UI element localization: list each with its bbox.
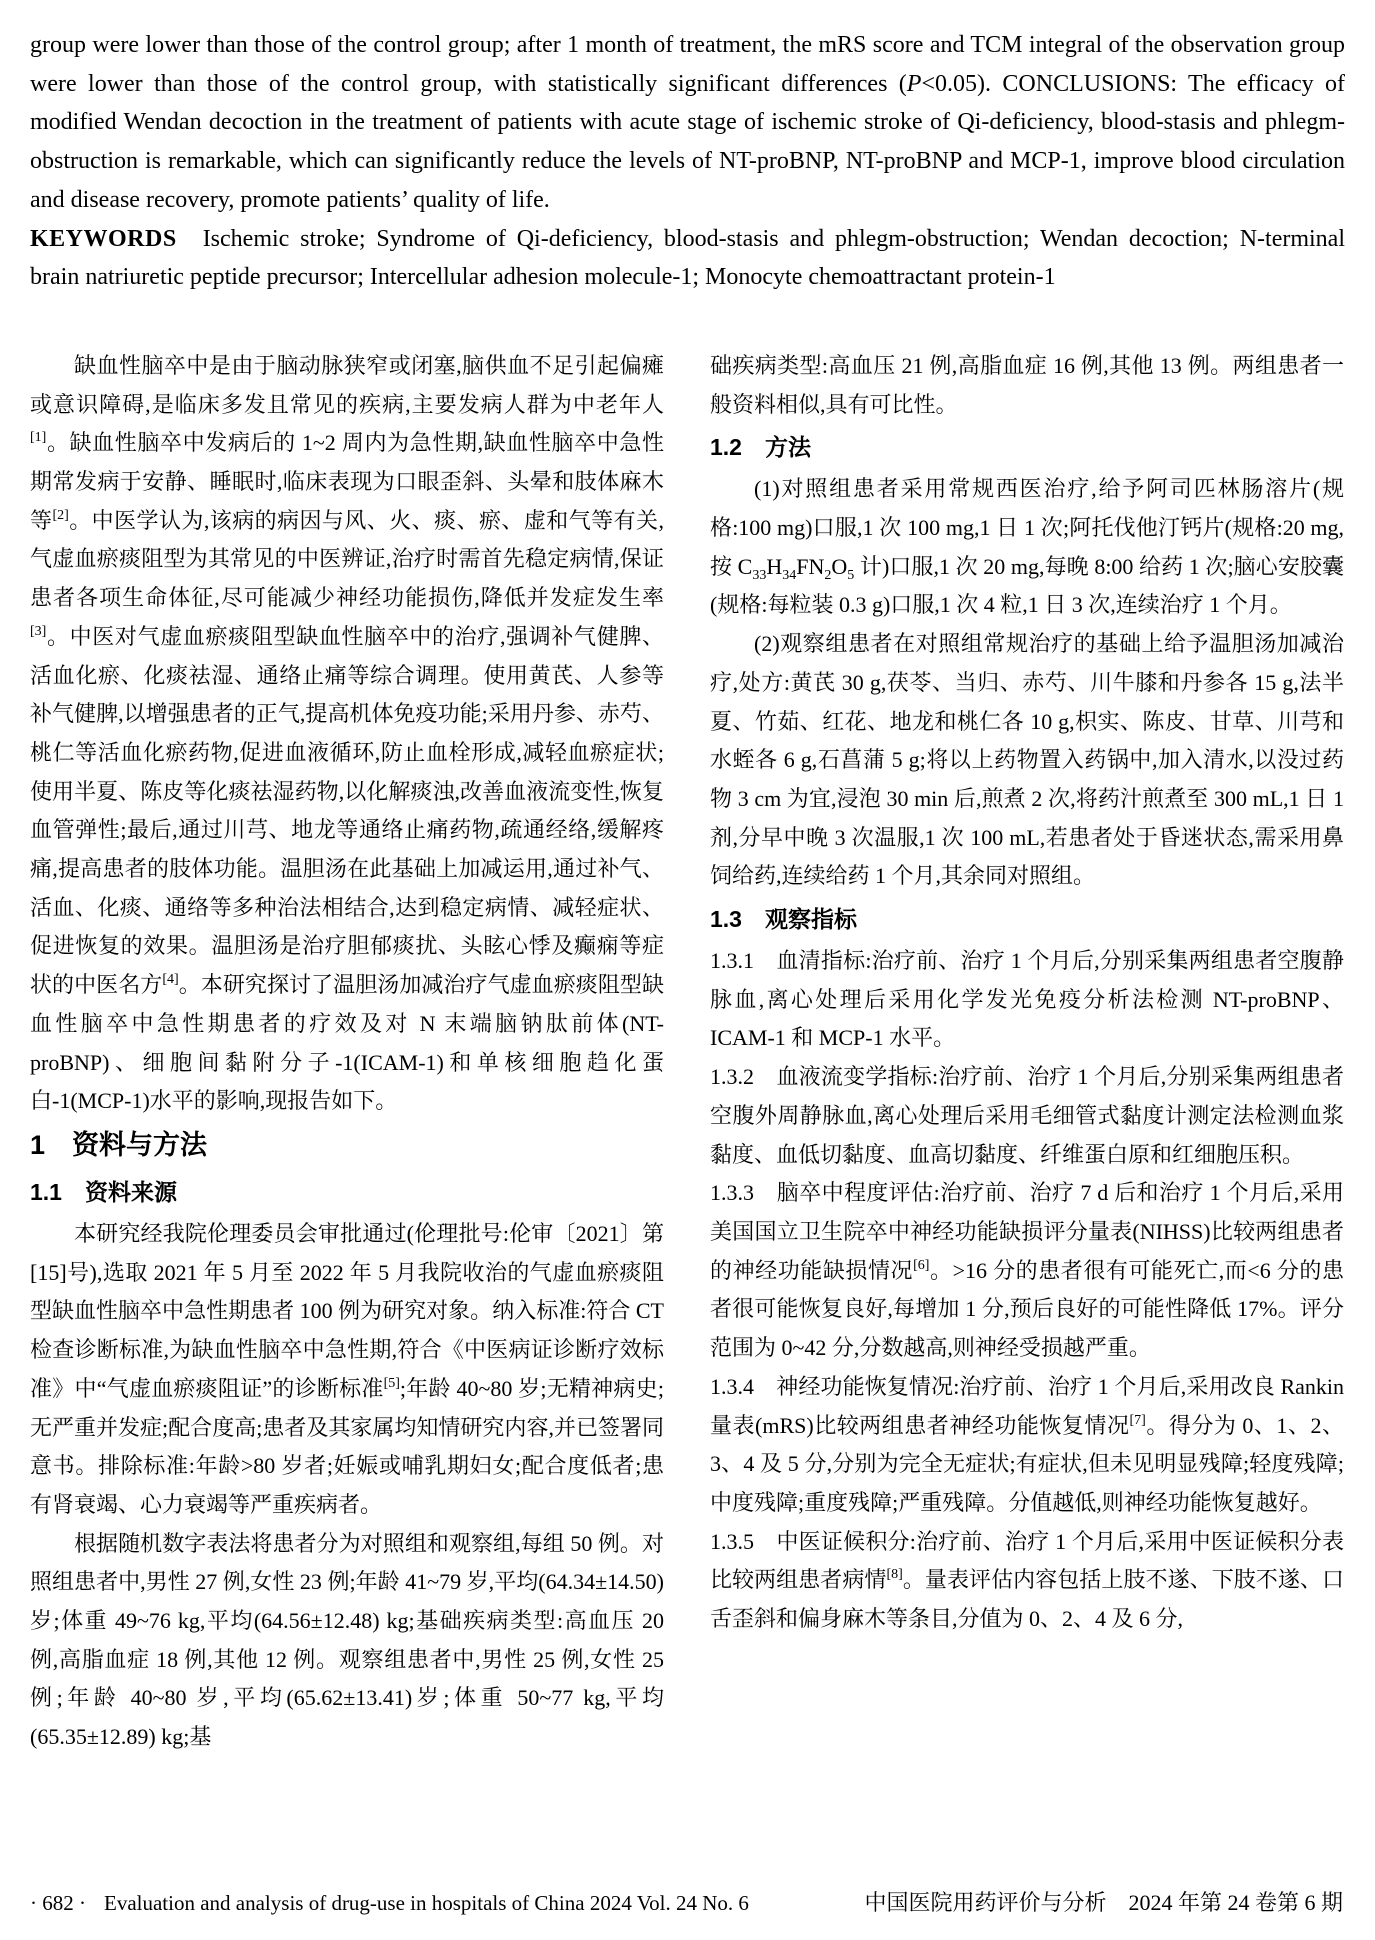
body-paragraph: 根据随机数字表法将患者分为对照组和观察组,每组 50 例。对照组患者中,男性 2…	[30, 1525, 664, 1757]
abstract-paragraph: group were lower than those of the contr…	[30, 26, 1345, 220]
body-paragraph: 1.3.2 血液流变学指标:治疗前、治疗 1 个月后,分别采集两组患者空腹外周静…	[710, 1058, 1344, 1174]
footer-journal-en: Evaluation and analysis of drug-use in h…	[104, 1891, 749, 1915]
page-footer: · 682 ·Evaluation and analysis of drug-u…	[30, 1888, 1343, 1918]
body-paragraph: 1.3.4 神经功能恢复情况:治疗前、治疗 1 个月后,采用改良 Rankin …	[710, 1368, 1344, 1523]
body-paragraph: 础疾病类型:高血压 21 例,高脂血症 16 例,其他 13 例。两组患者一般资…	[710, 347, 1344, 424]
abstract-section: group were lower than those of the contr…	[30, 26, 1345, 297]
keywords-paragraph: KEYWORDSIschemic stroke; Syndrome of Qi-…	[30, 220, 1345, 297]
body-columns: 缺血性脑卒中是由于脑动脉狭窄或闭塞,脑供血不足引起偏瘫或意识障碍,是临床多发且常…	[30, 347, 1345, 1831]
subsection-heading: 1.1 资料来源	[30, 1169, 664, 1215]
footer-left: · 682 ·Evaluation and analysis of drug-u…	[30, 1888, 749, 1918]
page-number: · 682 ·	[30, 1891, 86, 1915]
subsection-heading: 1.3 观察指标	[710, 896, 1344, 942]
body-paragraph: 本研究经我院伦理委员会审批通过(伦理批号:伦审〔2021〕第[15]号),选取 …	[30, 1215, 664, 1525]
column-left: 缺血性脑卒中是由于脑动脉狭窄或闭塞,脑供血不足引起偏瘫或意识障碍,是临床多发且常…	[30, 347, 664, 1831]
body-paragraph: 1.3.1 血清指标:治疗前、治疗 1 个月后,分别采集两组患者空腹静脉血,离心…	[710, 942, 1344, 1058]
body-paragraph: (1)对照组患者采用常规西医治疗,给予阿司匹林肠溶片(规格:100 mg)口服,…	[710, 470, 1344, 625]
footer-journal-cn: 中国医院用药评价与分析 2024 年第 24 卷第 6 期	[864, 1888, 1343, 1918]
paper-page: group were lower than those of the contr…	[0, 0, 1375, 1940]
body-paragraph: 缺血性脑卒中是由于脑动脉狭窄或闭塞,脑供血不足引起偏瘫或意识障碍,是临床多发且常…	[30, 347, 664, 1121]
body-paragraph: (2)观察组患者在对照组常规治疗的基础上给予温胆汤加减治疗,处方:黄芪 30 g…	[710, 625, 1344, 896]
body-paragraph: 1.3.5 中医证候积分:治疗前、治疗 1 个月后,采用中医证候积分表比较两组患…	[710, 1523, 1344, 1639]
section-heading: 1 资料与方法	[30, 1121, 664, 1169]
subsection-heading: 1.2 方法	[710, 424, 1344, 470]
body-paragraph: 1.3.3 脑卒中程度评估:治疗前、治疗 7 d 后和治疗 1 个月后,采用美国…	[710, 1174, 1344, 1368]
column-right: 础疾病类型:高血压 21 例,高脂血症 16 例,其他 13 例。两组患者一般资…	[710, 347, 1344, 1831]
